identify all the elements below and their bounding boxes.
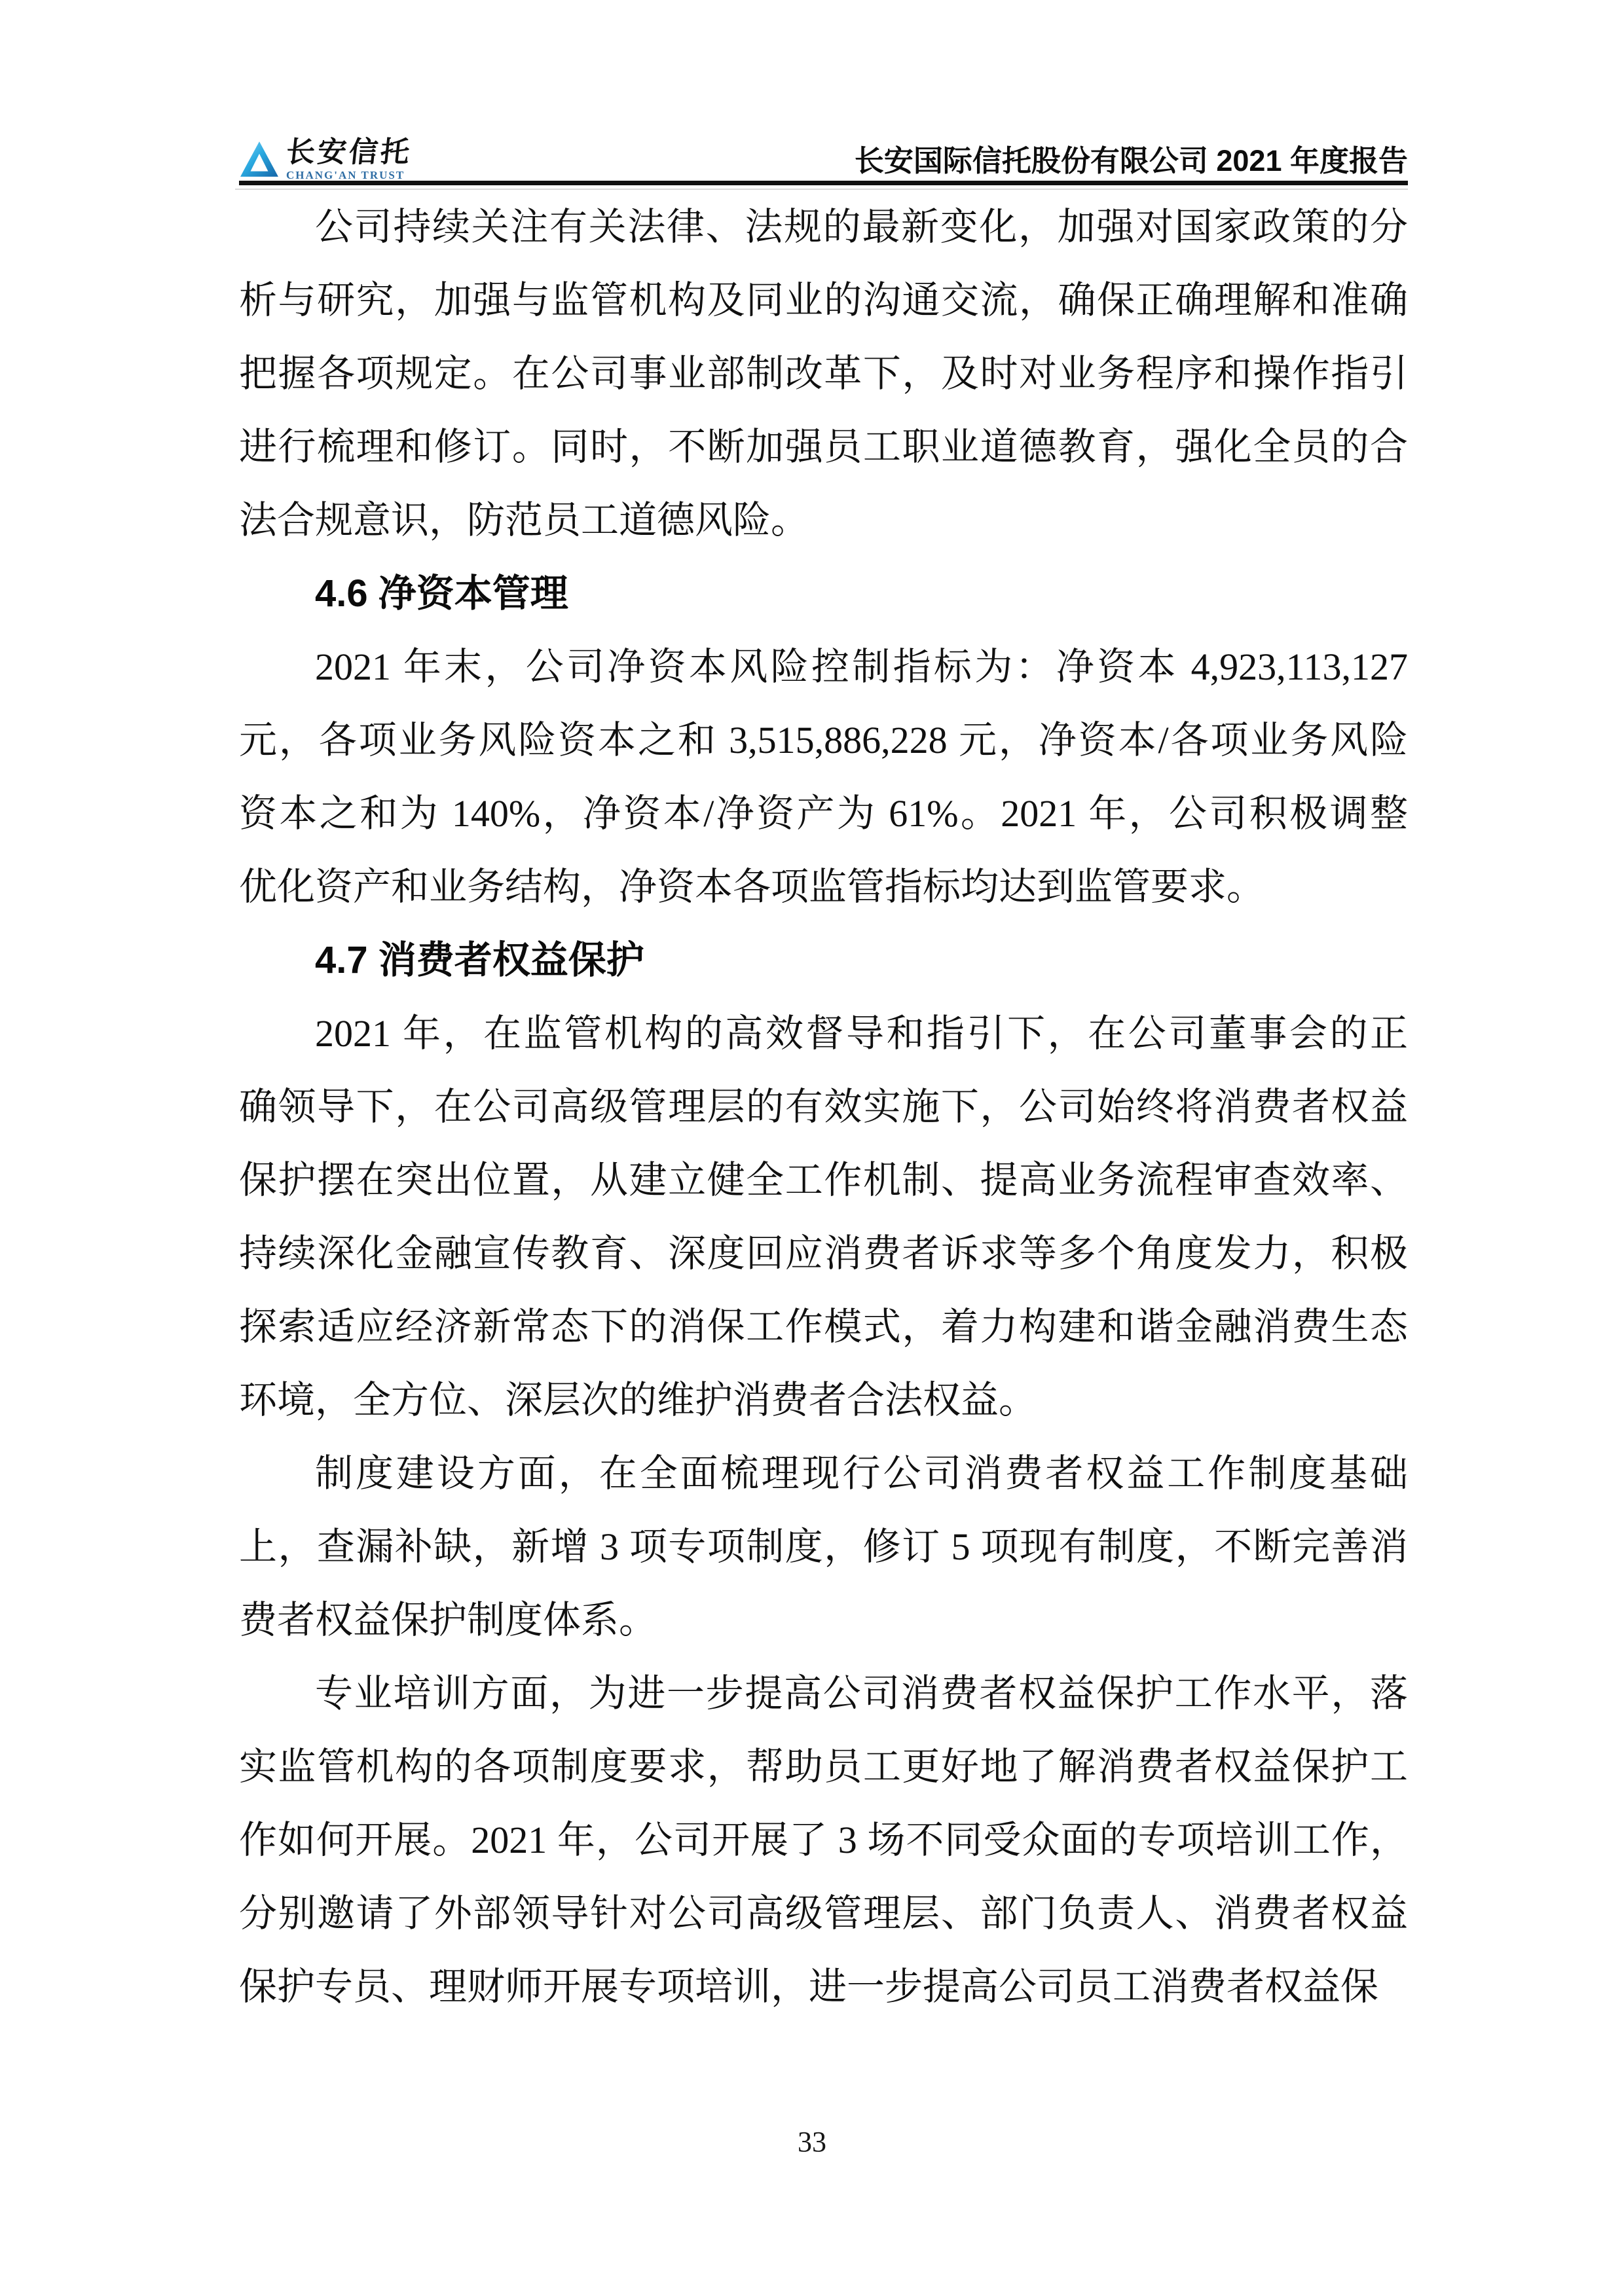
- logo-triangle-icon: [239, 139, 280, 180]
- paragraph-line: 持续深化金融宣传教育、深度回应消费者诉求等多个角度发力，积极: [239, 1217, 1408, 1290]
- paragraph-line: 环境，全方位、深层次的维护消费者合法权益。: [239, 1364, 1408, 1437]
- report-title: 长安国际信托股份有限公司 2021 年度报告: [855, 137, 1408, 185]
- document-body: 公司持续关注有关法律、法规的最新变化，加强对国家政策的分析与研究，加强与监管机构…: [239, 191, 1408, 2024]
- paragraph-line: 法合规意识，防范员工道德风险。: [239, 484, 1408, 557]
- paragraph-line: 上，查漏补缺，新增 3 项专项制度，修订 5 项现有制度，不断完善消: [239, 1510, 1408, 1584]
- paragraph-line: 析与研究，加强与监管机构及同业的沟通交流，确保正确理解和准确: [239, 264, 1408, 337]
- page-number: 33: [0, 2123, 1624, 2162]
- logo-name-en: CHANG'AN TRUST: [286, 170, 412, 181]
- report-page: 长安信托 CHANG'AN TRUST 长安国际信托股份有限公司 2021 年度…: [0, 0, 1624, 2296]
- paragraph-line: 作如何开展。2021 年，公司开展了 3 场不同受众面的专项培训工作，: [239, 1804, 1408, 1877]
- paragraph-line: 2021 年，在监管机构的高效督导和指引下，在公司董事会的正: [239, 997, 1408, 1070]
- paragraph-line: 专业培训方面，为进一步提高公司消费者权益保护工作水平，落: [239, 1657, 1408, 1730]
- logo-text: 长安信托 CHANG'AN TRUST: [286, 138, 412, 181]
- changan-trust-logo: 长安信托 CHANG'AN TRUST: [239, 138, 412, 185]
- paragraph-line: 元，各项业务风险资本之和 3,515,886,228 元，净资本/各项业务风险: [239, 704, 1408, 777]
- section-heading: 4.7 消费者权益保护: [239, 924, 1408, 997]
- section-heading: 4.6 净资本管理: [239, 557, 1408, 630]
- paragraph-line: 保护专员、理财师开展专项培训，进一步提高公司员工消费者权益保: [239, 1950, 1408, 2024]
- logo-name-cn: 长安信托: [285, 138, 414, 167]
- header-divider: [239, 181, 1408, 185]
- paragraph-line: 资本之和为 140%，净资本/净资产为 61%。2021 年，公司积极调整: [239, 777, 1408, 850]
- paragraph-line: 确领导下，在公司高级管理层的有效实施下，公司始终将消费者权益: [239, 1070, 1408, 1144]
- paragraph-line: 费者权益保护制度体系。: [239, 1584, 1408, 1657]
- paragraph-line: 进行梳理和修订。同时，不断加强员工职业道德教育，强化全员的合: [239, 410, 1408, 484]
- paragraph-line: 探索适应经济新常态下的消保工作模式，着力构建和谐金融消费生态: [239, 1290, 1408, 1364]
- paragraph-line: 分别邀请了外部领导针对公司高级管理层、部门负责人、消费者权益: [239, 1877, 1408, 1950]
- page-header: 长安信托 CHANG'AN TRUST 长安国际信托股份有限公司 2021 年度…: [239, 128, 1408, 185]
- paragraph-line: 公司持续关注有关法律、法规的最新变化，加强对国家政策的分: [239, 191, 1408, 264]
- paragraph-line: 实监管机构的各项制度要求，帮助员工更好地了解消费者权益保护工: [239, 1730, 1408, 1804]
- paragraph-line: 2021 年末，公司净资本风险控制指标为：净资本 4,923,113,127: [239, 630, 1408, 704]
- paragraph-line: 制度建设方面，在全面梳理现行公司消费者权益工作制度基础: [239, 1437, 1408, 1510]
- paragraph-line: 把握各项规定。在公司事业部制改革下，及时对业务程序和操作指引: [239, 337, 1408, 410]
- paragraph-line: 优化资产和业务结构，净资本各项监管指标均达到监管要求。: [239, 850, 1408, 924]
- paragraph-line: 保护摆在突出位置，从建立健全工作机制、提高业务流程审查效率、: [239, 1144, 1408, 1217]
